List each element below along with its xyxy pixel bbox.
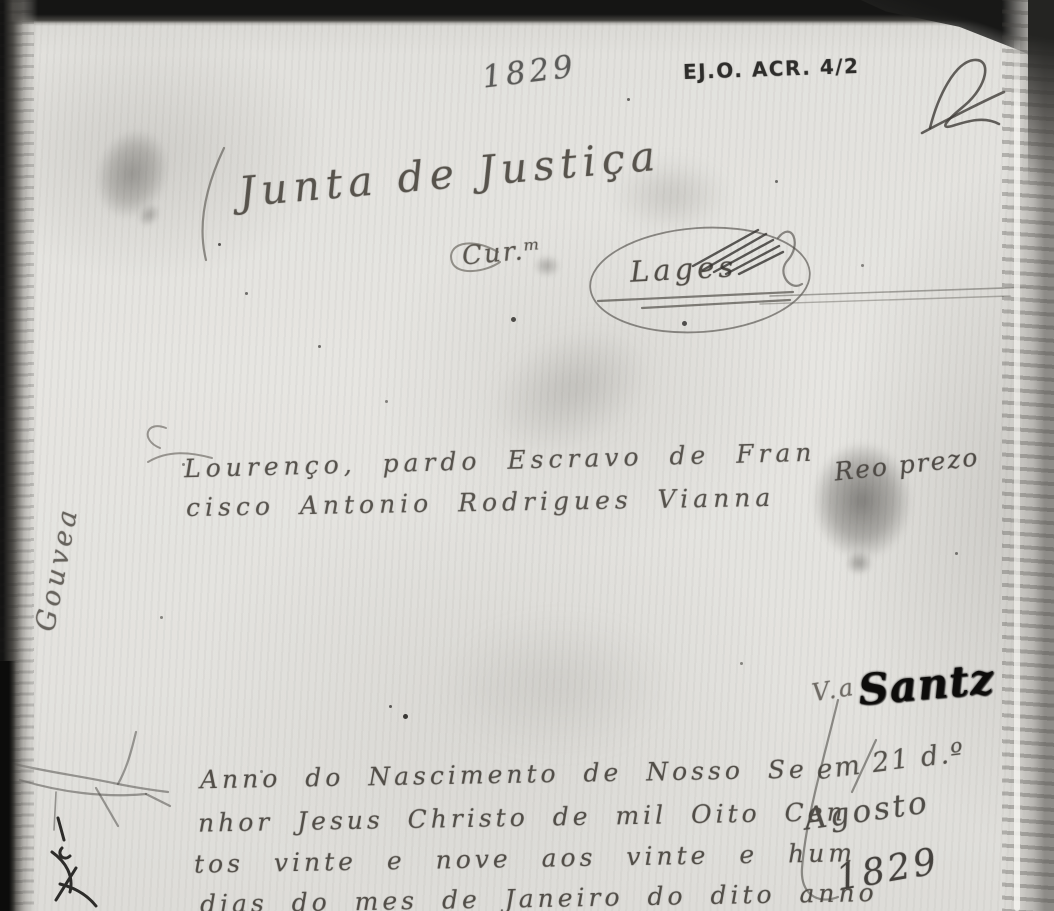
place-name: Lages (629, 249, 738, 289)
ink-stain-topleft (84, 119, 181, 229)
case-line-2: cisco Antonio Rodrigues Vianna (186, 483, 776, 522)
top-year-annotation: 1829 (480, 48, 579, 95)
page-edge-right-dark (1028, 0, 1054, 190)
margin-name-vertical: Gouvea (30, 504, 85, 634)
paper-specks (218, 243, 221, 246)
manuscript-page-scan: 1829 EJ.O. ACR. 4/2 Junta de Justiça Cur… (0, 0, 1054, 911)
date-column-day: em 21 d.º (815, 737, 967, 786)
body-line-4: dias do mes de Janeiro do dito anno (200, 878, 878, 911)
body-line-3: tos vinte e nove aos vinte e hum (194, 838, 856, 879)
smudge-bottom (420, 600, 700, 770)
ink-stain-topleft-tail (128, 194, 170, 237)
date-column-prefix: V.a (810, 673, 858, 708)
margin-ink-marks (52, 818, 96, 906)
archive-code-annotation: EJ.O. ACR. 4/2 (683, 54, 860, 84)
rubric-paraph-icon (922, 60, 1004, 133)
document-title: Junta de Justiça (237, 132, 663, 217)
body-line-1: Anno do Nascimento de Nosso Se (200, 755, 808, 795)
side-note-reo-prezo: Reo prezo (833, 442, 981, 486)
binding-shadow-bottom-left (0, 661, 16, 911)
body-line-2: nhor Jesus Christo de mil Oito Cen (198, 797, 847, 837)
curate-abbreviation: Cur.ᵐ (461, 235, 544, 272)
torn-edge-highlight (1014, 0, 1020, 911)
heavy-ink-signature: Santz (856, 654, 996, 715)
ink-blot-right-drip (842, 548, 876, 578)
case-line-1: Lourenço, pardo Escravo de Fran (184, 438, 817, 484)
